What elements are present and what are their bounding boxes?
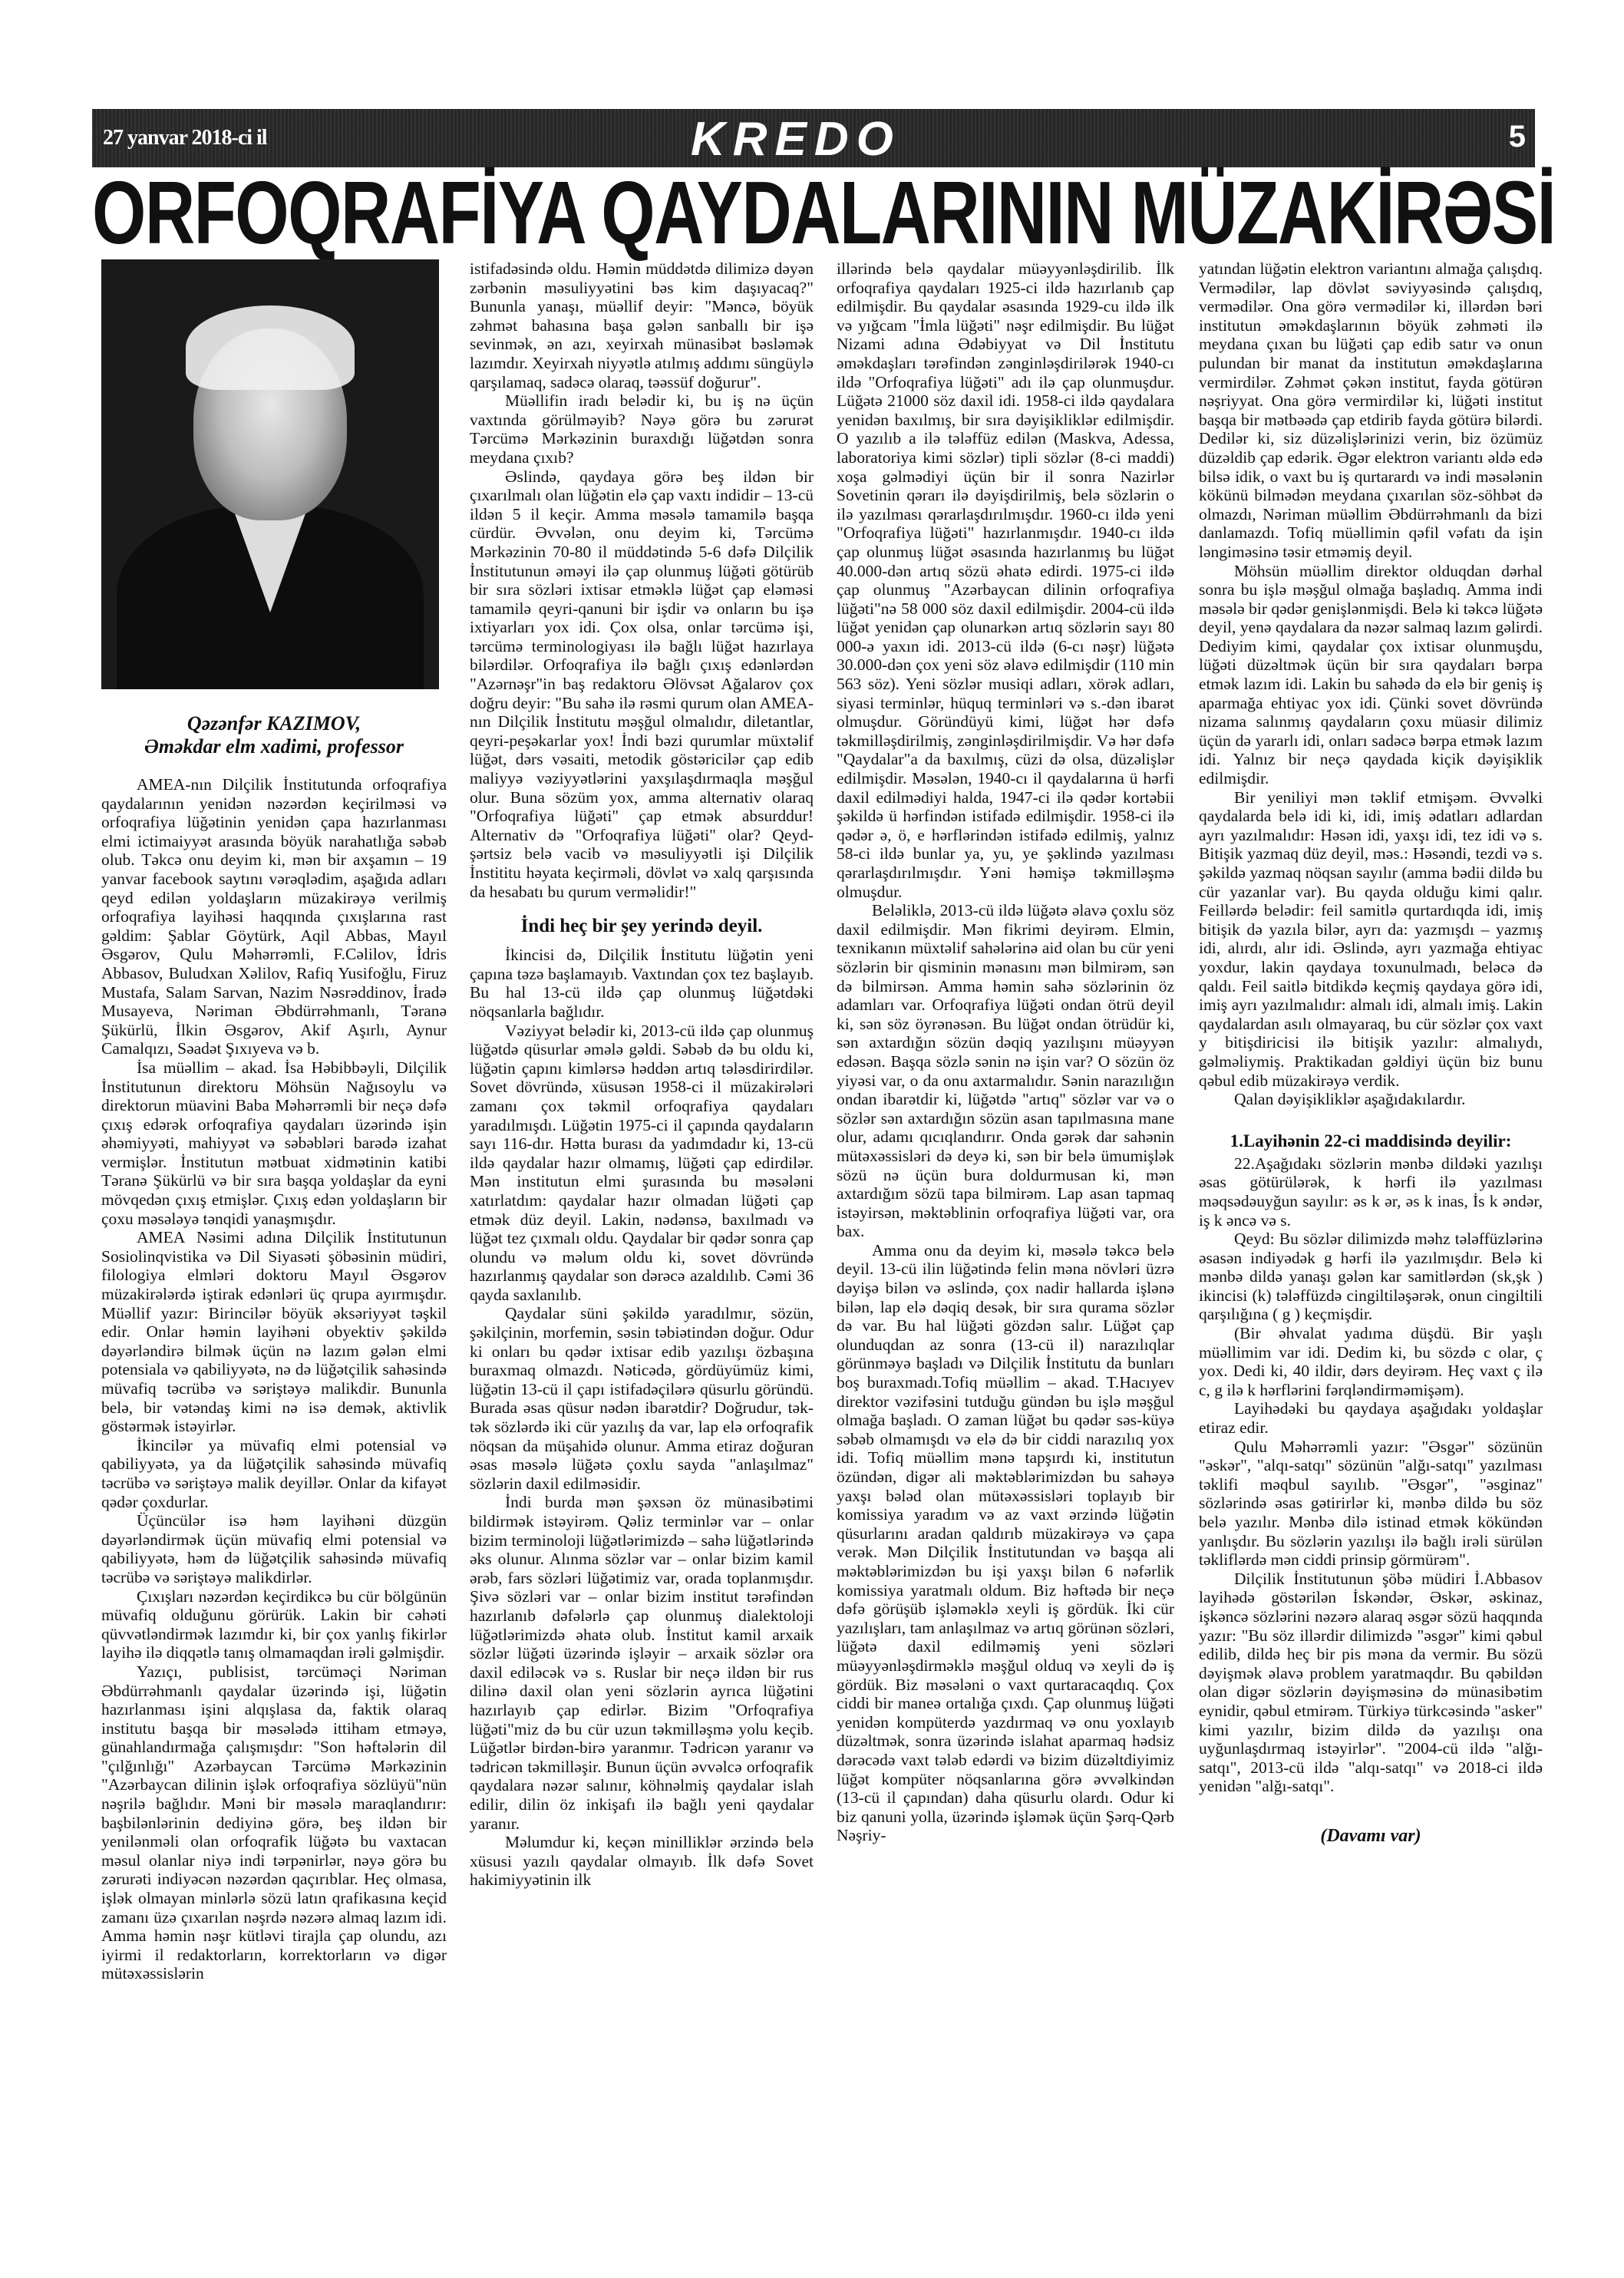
paragraph: İkincisi də, Dilçilik İnstitutu lüğətin … xyxy=(470,946,814,1021)
paragraph: istifadəsində oldu. Həmin müddətdə dilim… xyxy=(470,259,814,391)
paragraph: AMEA Nəsimi adına Dilçilik İnstitutunun … xyxy=(101,1228,447,1436)
paragraph: AMEA-nın Dilçilik İnstitutunda orfoqrafi… xyxy=(101,775,447,1058)
column-4: yatından lüğətin elektron variantını alm… xyxy=(1199,259,1543,1846)
paragraph: İsa müəllim – akad. İsa Həbibbəyli, Dilç… xyxy=(101,1058,447,1228)
paragraph: Möhsün müəllim direktor olduqdan dərhal … xyxy=(1199,562,1543,788)
paragraph: Bir yeniliyi mən təklif etmişəm. Əvvəlki… xyxy=(1199,788,1543,1091)
author-photo xyxy=(101,259,439,689)
paragraph: İndi burda mən şəxsən öz münasibətimi bi… xyxy=(470,1493,814,1833)
continued-note: (Davamı var) xyxy=(1199,1827,1543,1846)
paragraph: Yazıçı, publisist, tərcüməçi Nəriman Əbd… xyxy=(101,1662,447,1983)
article-headline: ORFOQRAFİYA QAYDALARININ MÜZAKİRƏSİ xyxy=(92,170,1217,255)
column-2: istifadəsində oldu. Həmin müddətdə dilim… xyxy=(470,259,814,1890)
paragraph: 22.Aşağıdakı sözlərin mənbə dildəki yazı… xyxy=(1199,1154,1543,1230)
paragraph: Qaydalar süni şəkildə yaradılmır, sözün,… xyxy=(470,1304,814,1493)
paragraph: Çıxışları nəzərdən keçirdikcə bu cür böl… xyxy=(101,1587,447,1662)
author-title: Əməkdar elm xadimi, professor xyxy=(101,735,447,758)
paragraph: Müəllifin iradı belədir ki, bu iş nə üçü… xyxy=(470,391,814,467)
page-number: 5 xyxy=(1509,120,1526,154)
issue-date: 27 yanvar 2018-ci il xyxy=(103,126,267,150)
paragraph: Vəziyyət belədir ki, 2013-cü ildə çap ol… xyxy=(470,1022,814,1305)
paragraph: Beləliklə, 2013-cü ildə lüğətə əlavə çox… xyxy=(837,901,1174,1241)
paragraph: Məlumdur ki, keçən minilliklər ərzində b… xyxy=(470,1833,814,1890)
portrait-hair xyxy=(186,305,355,390)
byline: Qəzənfər KAZIMOV, Əməkdar elm xadimi, pr… xyxy=(101,712,447,758)
newspaper-title: KREDO xyxy=(691,112,901,167)
column-1: Qəzənfər KAZIMOV, Əməkdar elm xadimi, pr… xyxy=(101,259,447,1983)
paragraph: Üçüncülər isə həm layihəni düzgün dəyərl… xyxy=(101,1511,447,1586)
paragraph: İkincilər ya müvafiq elmi potensial və q… xyxy=(101,1436,447,1511)
paragraph: yatından lüğətin elektron variantını alm… xyxy=(1199,259,1543,562)
subheading: İndi heç bir şey yerində deyil. xyxy=(470,915,814,938)
paragraph: (Bir əhvalat yadıma düşdü. Bir yaşlı müə… xyxy=(1199,1324,1543,1399)
author-name: Qəzənfər KAZIMOV, xyxy=(101,712,447,735)
paragraph: Əslində, qaydaya görə beş ildən bir çıxa… xyxy=(470,467,814,902)
paragraph: Amma onu da deyim ki, məsələ təkcə belə … xyxy=(837,1241,1174,1845)
paragraph: Qalan dəyişikliklər aşağıdakılardır. xyxy=(1199,1090,1543,1109)
masthead: 27 yanvar 2018-ci il KREDO 5 xyxy=(92,109,1535,167)
section-heading: 1.Layihənin 22-ci maddisində deyilir: xyxy=(1199,1131,1543,1151)
paragraph: Dilçilik İnstitutunun şöbə müdiri İ.Abba… xyxy=(1199,1570,1543,1796)
paragraph: illərində belə qaydalar müəyyənləşdirili… xyxy=(837,259,1174,901)
paragraph: Qeyd: Bu sözlər dilimizdə məhz tələffüzl… xyxy=(1199,1230,1543,1324)
column-3: illərində belə qaydalar müəyyənləşdirili… xyxy=(837,259,1174,1845)
paragraph: Qulu Məhərrəmli yazır: "Əsgər" sözünün "… xyxy=(1199,1438,1543,1570)
paragraph: Layihədəki bu qaydaya aşağıdakı yoldaşla… xyxy=(1199,1399,1543,1437)
